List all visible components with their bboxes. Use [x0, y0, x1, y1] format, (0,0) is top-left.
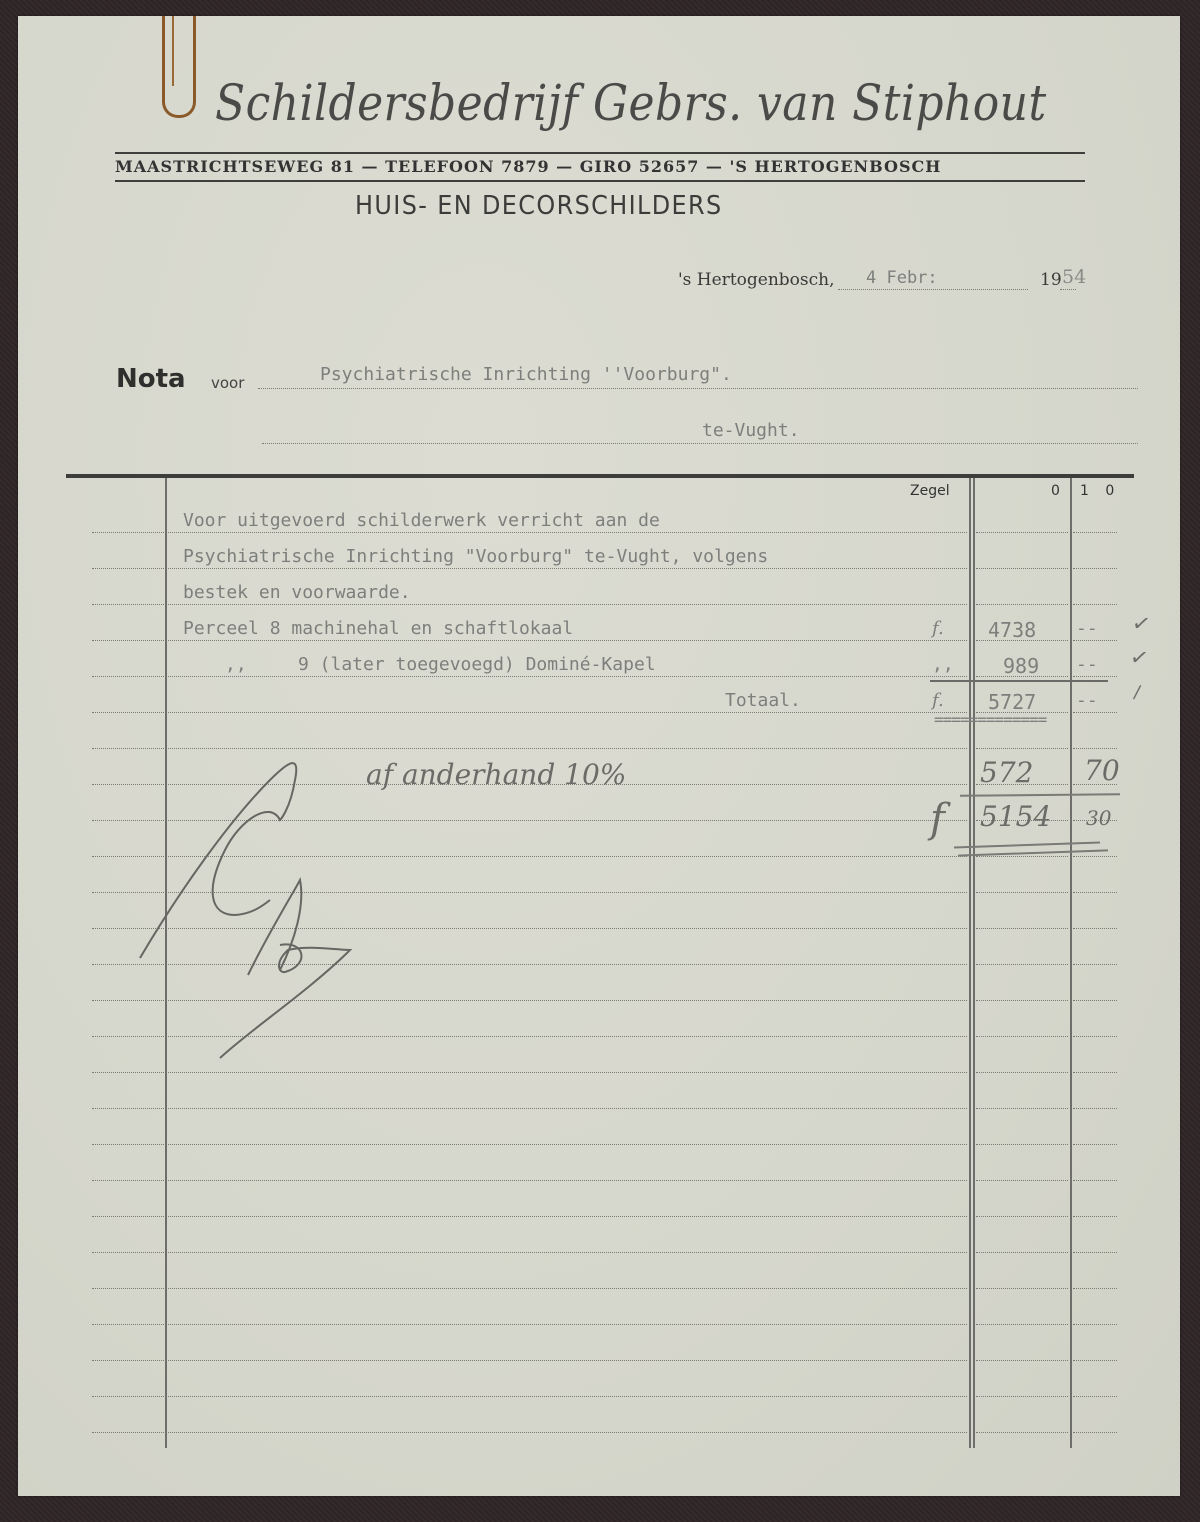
ruled-dotted-line — [976, 928, 1068, 929]
ruled-dotted-line — [168, 532, 967, 533]
ruled-dotted-line — [168, 568, 967, 569]
year-dotline — [1060, 289, 1076, 290]
handwritten-discount-amount: 572 — [980, 756, 1033, 789]
handwritten-net-cents: 30 — [1086, 806, 1111, 830]
ruled-dotted-line — [168, 1216, 967, 1217]
ruled-dotted-line — [976, 1000, 1068, 1001]
ruled-dotted-line — [976, 1288, 1068, 1289]
ruled-dotted-line — [168, 604, 967, 605]
total-double-underline: ============= — [934, 710, 1046, 729]
item-cents: -- — [1076, 654, 1098, 675]
ruled-dotted-line — [1073, 748, 1117, 749]
ruled-dotted-line — [168, 1432, 967, 1433]
ruled-dotted-line — [92, 1288, 164, 1289]
ruled-dotted-line — [1073, 1288, 1117, 1289]
nota-label: Nota — [116, 364, 186, 394]
ruled-dotted-line — [168, 1144, 967, 1145]
ruled-dotted-line — [976, 1144, 1068, 1145]
ruled-dotted-line — [168, 1072, 967, 1073]
ruled-dotted-line — [1073, 1432, 1117, 1433]
ruled-dotted-line — [1073, 1396, 1117, 1397]
ruled-dotted-line — [976, 1396, 1068, 1397]
letterhead-rule-top — [115, 152, 1085, 154]
ruled-dotted-line — [1073, 1036, 1117, 1037]
company-subtitle: HUIS- EN DECORSCHILDERS — [355, 191, 723, 221]
item-cents: -- — [1076, 618, 1098, 639]
item-amount: 989 — [1003, 654, 1039, 678]
subtotal-underline — [930, 680, 1108, 682]
ruled-dotted-line — [976, 568, 1068, 569]
ruled-dotted-line — [92, 712, 164, 713]
ruled-dotted-line — [976, 1252, 1068, 1253]
ruled-dotted-line — [976, 1036, 1068, 1037]
ruled-dotted-line — [1073, 928, 1117, 929]
ruled-dotted-line — [976, 1216, 1068, 1217]
cents-column-divider — [1070, 478, 1072, 1448]
ruled-dotted-line — [1073, 676, 1117, 677]
ruled-dotted-line — [1073, 1072, 1117, 1073]
ruled-dotted-line — [168, 1324, 967, 1325]
ruled-dotted-line — [976, 532, 1068, 533]
ruled-dotted-line — [92, 1324, 164, 1325]
ruled-dotted-line — [976, 1072, 1068, 1073]
date-place: 's Hertogenbosch, — [678, 270, 835, 290]
company-name: Schildersbedrijf Gebrs. van Stiphout — [215, 74, 1047, 132]
company-address: MAASTRICHTSEWEG 81 — TELEFOON 7879 — GIR… — [115, 157, 1085, 176]
total-label: Totaal. — [725, 690, 801, 711]
total-currency: f. — [932, 690, 944, 711]
total-cents: -- — [1076, 690, 1098, 711]
ruled-dotted-line — [92, 568, 164, 569]
ruled-dotted-line — [168, 1180, 967, 1181]
ruled-dotted-line — [168, 1252, 967, 1253]
item-description: 9 (later toegevoegd) Dominé-Kapel — [298, 654, 656, 675]
ruled-dotted-line — [1073, 1144, 1117, 1145]
ruled-dotted-line — [168, 1396, 967, 1397]
ruled-dotted-line — [976, 1324, 1068, 1325]
ruled-dotted-line — [168, 1288, 967, 1289]
ruled-dotted-line — [1073, 640, 1117, 641]
description-line: Voor uitgevoerd schilderwerk verricht aa… — [183, 510, 660, 531]
ruled-dotted-line — [92, 1432, 164, 1433]
ruled-dotted-line — [168, 712, 967, 713]
zegel-label: Zegel — [910, 483, 950, 499]
handwritten-net-amount: 5154 — [980, 800, 1051, 833]
zegel-guilders: 0 — [1051, 483, 1060, 499]
ruled-dotted-line — [976, 1360, 1068, 1361]
ruled-dotted-line — [1073, 1324, 1117, 1325]
ruled-dotted-line — [1073, 1180, 1117, 1181]
ruled-dotted-line — [976, 604, 1068, 605]
amount-column-divider-b — [973, 478, 975, 1448]
paper-clip-mark — [162, 16, 196, 118]
signature-icon — [120, 740, 380, 1070]
letterhead-rule-bottom — [115, 180, 1085, 182]
ruled-dotted-line — [92, 1216, 164, 1217]
ruled-dotted-line — [1073, 856, 1117, 857]
ruled-dotted-line — [1073, 712, 1117, 713]
ruled-dotted-line — [92, 1144, 164, 1145]
item-currency: ,, — [932, 654, 954, 675]
ruled-dotted-line — [92, 1180, 164, 1181]
handwritten-net-currency: f — [930, 796, 945, 842]
ruled-dotted-line — [976, 892, 1068, 893]
ruled-dotted-line — [1073, 892, 1117, 893]
date-year-suffix: 54 — [1062, 266, 1086, 288]
item-currency: f. — [932, 618, 944, 639]
ruled-dotted-line — [92, 1072, 164, 1073]
ruled-dotted-line — [1073, 568, 1117, 569]
ruled-dotted-line — [92, 1396, 164, 1397]
ruled-dotted-line — [1073, 532, 1117, 533]
ruled-dotted-line — [92, 676, 164, 677]
ruled-dotted-line — [168, 640, 967, 641]
ruled-dotted-line — [92, 604, 164, 605]
ruled-dotted-line — [92, 1252, 164, 1253]
ruled-dotted-line — [92, 1108, 164, 1109]
ruled-dotted-line — [92, 532, 164, 533]
date-dotline — [838, 289, 1028, 290]
recipient-name: Psychiatrische Inrichting ''Voorburg". — [320, 364, 732, 385]
recipient-dotline-2 — [262, 443, 1138, 444]
ruled-dotted-line — [976, 748, 1068, 749]
item-amount: 4738 — [988, 618, 1036, 642]
ruled-dotted-line — [92, 640, 164, 641]
ruled-dotted-line — [976, 1180, 1068, 1181]
date-year-prefix: 19 — [1040, 270, 1062, 290]
handwritten-discount-note: af anderhand 10% — [366, 758, 626, 791]
ruled-dotted-line — [1073, 1000, 1117, 1001]
handwritten-discount-cents: 70 — [1084, 754, 1120, 787]
ruled-dotted-line — [976, 964, 1068, 965]
ruled-dotted-line — [1073, 1252, 1117, 1253]
ruled-dotted-line — [1073, 604, 1117, 605]
ruled-dotted-line — [168, 1108, 967, 1109]
ruled-dotted-line — [1073, 964, 1117, 965]
zegel-cents: 1 0 — [1080, 483, 1120, 499]
ruled-dotted-line — [168, 1360, 967, 1361]
recipient-location: te-Vught. — [702, 420, 800, 441]
amount-column-divider-a — [969, 478, 971, 1448]
ruled-dotted-line — [1073, 1216, 1117, 1217]
voor-label: voor — [211, 374, 244, 392]
ruled-dotted-line — [92, 1360, 164, 1361]
ruled-dotted-line — [976, 1432, 1068, 1433]
ruled-dotted-line — [1073, 1108, 1117, 1109]
ruled-dotted-line — [976, 1108, 1068, 1109]
ruled-dotted-line — [168, 676, 967, 677]
description-line: bestek en voorwaarde. — [183, 582, 411, 603]
item-description: Perceel 8 machinehal en schaftlokaal — [183, 618, 573, 639]
date-day-month: 4 Febr: — [866, 268, 938, 288]
ruled-dotted-line — [1073, 1360, 1117, 1361]
ditto-mark: ,, — [225, 654, 247, 675]
recipient-dotline-1 — [258, 388, 1138, 389]
description-line: Psychiatrische Inrichting "Voorburg" te-… — [183, 546, 768, 567]
ruled-dotted-line — [976, 856, 1068, 857]
